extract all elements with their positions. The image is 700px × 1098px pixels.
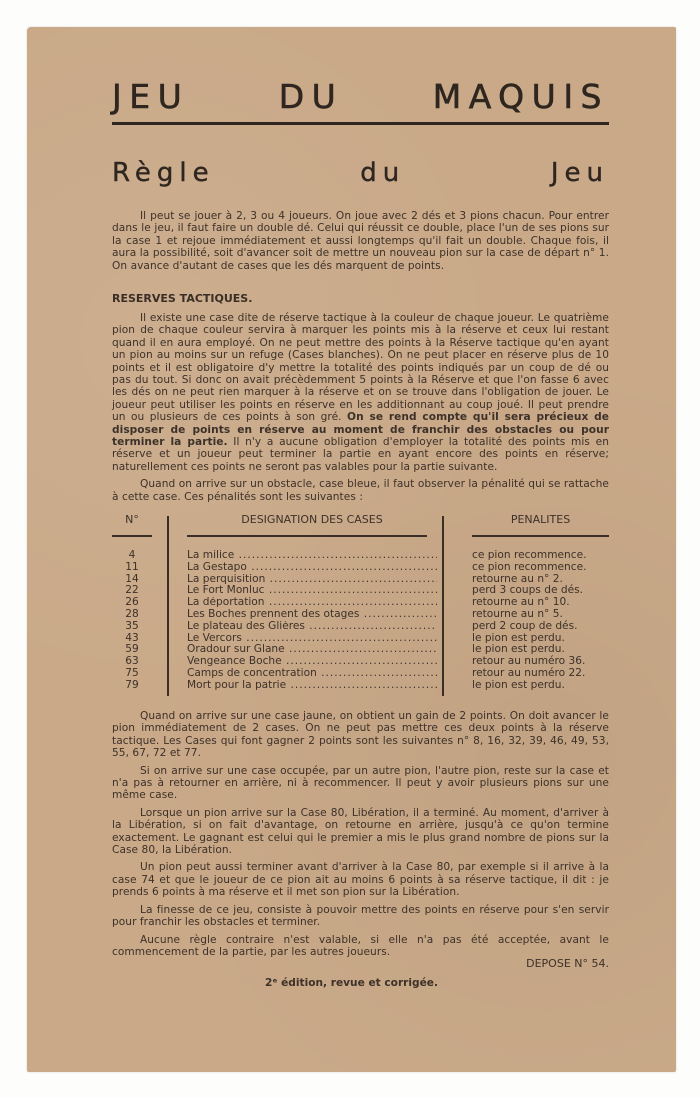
cell-designation: Vengeance Boche: [187, 656, 437, 668]
table-row: 35Le plateau des Glièresperd 2 coup de d…: [112, 621, 609, 633]
rules-sheet: JEU DU MAQUIS Règle du Jeu Il peut se jo…: [27, 27, 676, 1072]
header-rule: [187, 535, 427, 537]
header-rule: [112, 535, 152, 537]
reserves-paragraph: Il existe une case dite de réserve tacti…: [112, 312, 609, 473]
cell-designation: La perquisition: [187, 574, 437, 586]
cell-number: 79: [112, 680, 152, 692]
cell-penalty: ce pion recommence.: [472, 562, 612, 574]
cell-designation: Mort pour la patrie: [187, 680, 437, 692]
cell-designation: Le Vercors: [187, 633, 437, 645]
rule-paragraph: Quand on arrive sur une case jaune, on o…: [112, 710, 609, 760]
cell-designation: La Gestapo: [187, 562, 437, 574]
intro-paragraph: Il peut se jouer à 2, 3 ou 4 joueurs. On…: [112, 210, 609, 272]
cell-designation: Le plateau des Glières: [187, 621, 437, 633]
header-number: N°: [112, 513, 152, 526]
reserves-section: Il existe une case dite de réserve tacti…: [112, 312, 609, 503]
penalty-table: N° DESIGNATION DES CASES PENALITES 4La m…: [112, 510, 609, 690]
table-row: 11La Gestapoce pion recommence.: [112, 562, 609, 574]
header-rule: [472, 535, 609, 537]
cell-number: 11: [112, 562, 152, 574]
cell-penalty: perd 2 coup de dés.: [472, 621, 612, 633]
cell-designation: Oradour sur Glane: [187, 644, 437, 656]
cell-designation: La déportation: [187, 597, 437, 609]
registration-number: DEPOSE N° 54.: [526, 957, 609, 970]
section-heading-reserves: RESERVES TACTIQUES.: [112, 292, 252, 305]
header-designation: DESIGNATION DES CASES: [187, 513, 437, 526]
reserves-text-part1: Il existe une case dite de réserve tacti…: [112, 312, 609, 423]
edition-note: 2ᵉ édition, revue et corrigée.: [27, 977, 676, 989]
rule-paragraph: Lorsque un pion arrive sur la Case 80, L…: [112, 807, 609, 857]
cell-designation: Les Boches prennent des otages: [187, 609, 437, 621]
rule-paragraph: Un pion peut aussi terminer avant d'arri…: [112, 861, 609, 898]
document-title: JEU DU MAQUIS: [112, 77, 609, 117]
cell-designation: La milice: [187, 550, 437, 562]
cell-penalty: le pion est perdu.: [472, 680, 612, 692]
table-row: 79Mort pour la patriele pion est perdu.: [112, 680, 609, 692]
obstacle-intro: Quand on arrive sur un obstacle, case bl…: [112, 478, 609, 503]
rule-paragraph: La finesse de ce jeu, consiste à pouvoir…: [112, 904, 609, 929]
cell-designation: Le Fort Monluc: [187, 585, 437, 597]
cell-number: 35: [112, 621, 152, 633]
intro-text: Il peut se jouer à 2, 3 ou 4 joueurs. On…: [112, 210, 609, 272]
rule-paragraph: Si on arrive sur une case occupée, par u…: [112, 765, 609, 802]
header-penalty: PENALITES: [472, 513, 609, 526]
rule-paragraph: Aucune règle contraire n'est valable, si…: [112, 934, 609, 959]
title-underline: [112, 122, 609, 125]
cell-designation: Camps de concentration: [187, 668, 437, 680]
document-subtitle: Règle du Jeu: [112, 157, 609, 189]
rules-section: Quand on arrive sur une case jaune, on o…: [112, 710, 609, 958]
